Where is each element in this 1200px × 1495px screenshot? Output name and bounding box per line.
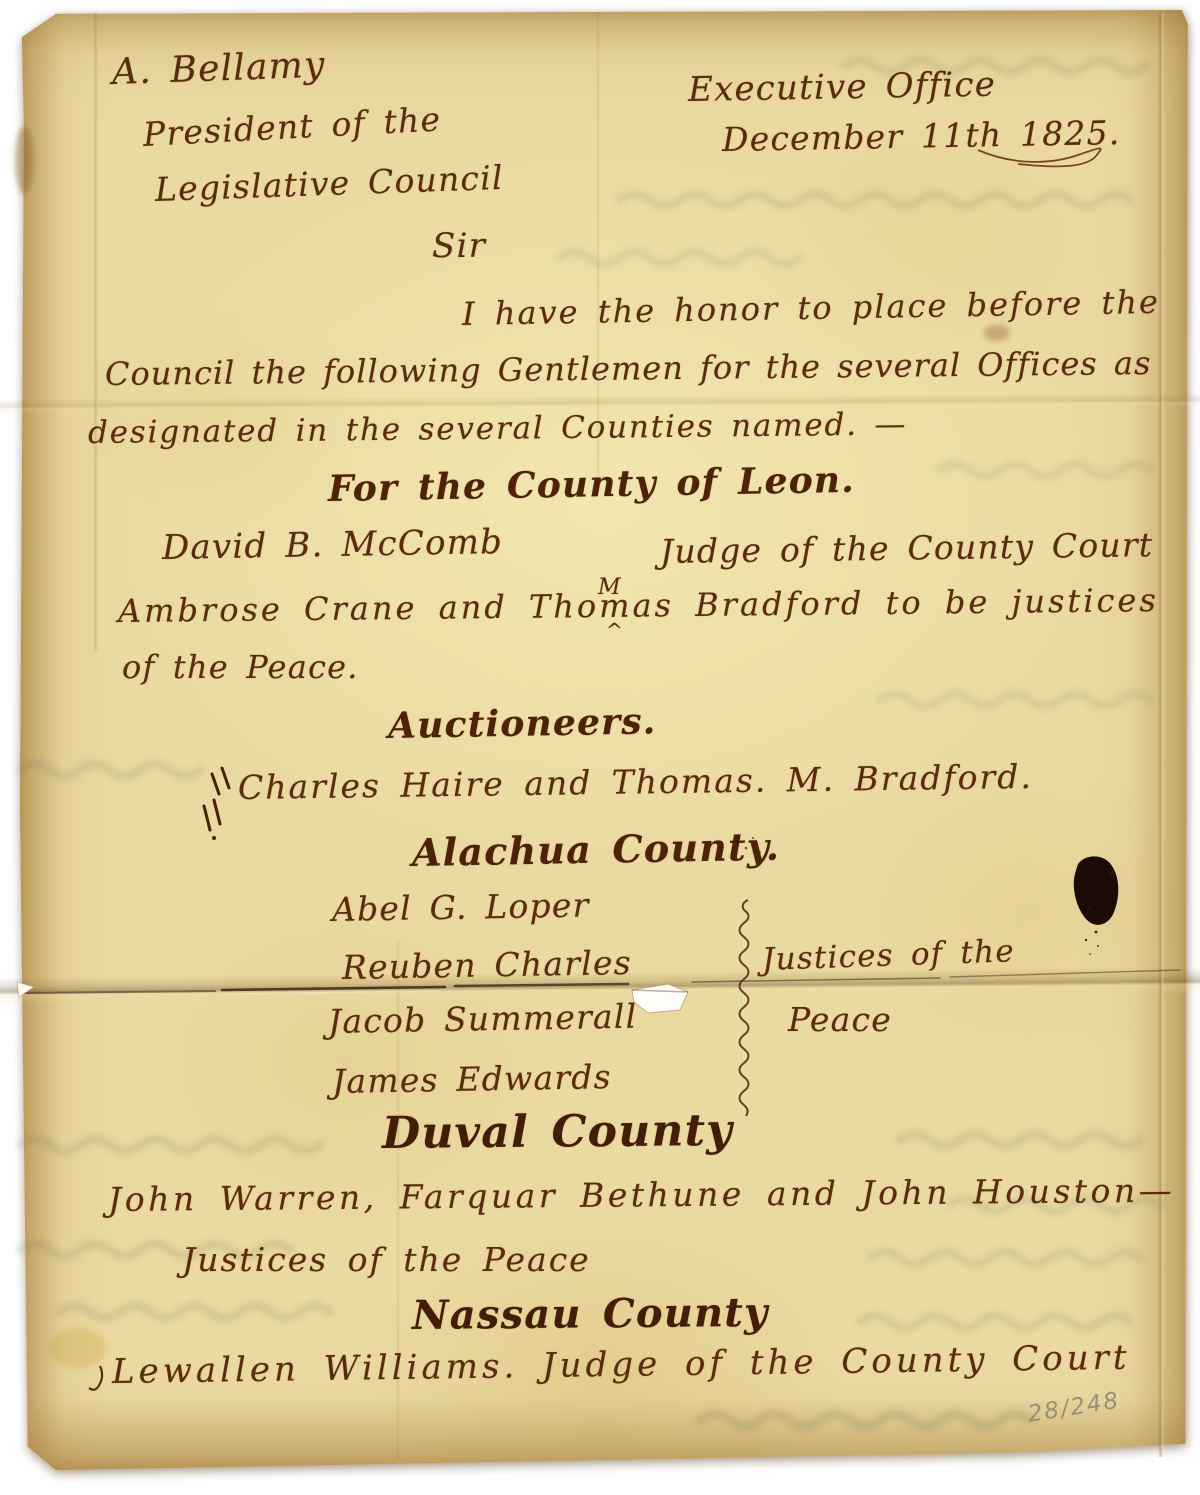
body-line1: I have the honor to place before the: [462, 283, 1161, 333]
alachua-office-line1: Justices of the: [761, 933, 1015, 978]
sender-title-line1: President of the: [142, 99, 442, 154]
alachua-name-2: Reuben Charles: [342, 943, 632, 987]
nassau-line: Lewallen Williams. Judge of the County C…: [112, 1338, 1131, 1392]
date-line: December 11th 1825.: [722, 113, 1121, 159]
alachua-heading: Alachua County.: [412, 824, 781, 875]
salutation: Sir: [432, 226, 486, 266]
leon-justices-line1: Ambrose Crane and Thomas Bradford to be …: [118, 581, 1159, 630]
duval-names-line: John Warren, Farquar Bethune and John Ho…: [108, 1171, 1176, 1219]
office-line: Executive Office: [688, 65, 997, 110]
body-line2: Council the following Gentlemen for the …: [105, 344, 1152, 393]
leon-judge-name: David B. McComb: [162, 522, 504, 568]
alachua-name-1: Abel G. Loper: [332, 886, 590, 929]
nassau-heading: Nassau County: [412, 1289, 769, 1339]
leon-heading: For the County of Leon.: [328, 459, 856, 510]
document-scan: A. Bellamy President of the Legislative …: [0, 0, 1200, 1495]
leon-judge-office: Judge of the County Court: [660, 525, 1154, 571]
duval-heading: Duval County: [382, 1105, 733, 1159]
auctioneers-names: Charles Haire and Thomas. M. Bradford.: [238, 757, 1033, 807]
alachua-name-3: Jacob Summerall: [328, 997, 638, 1041]
body-line3: designated in the several Counties named…: [88, 406, 908, 451]
handwriting-layer: A. Bellamy President of the Legislative …: [0, 0, 1200, 1495]
leon-justices-line2: of the Peace.: [122, 648, 359, 686]
alachua-office-line2: Peace: [788, 1000, 892, 1039]
sender-title-line2: Legislative Council: [154, 158, 504, 209]
alachua-name-4: James Edwards: [332, 1057, 612, 1101]
duval-office-line: Justices of the Peace: [182, 1240, 591, 1279]
pencil-archival-number: 28/248: [1026, 1388, 1122, 1428]
auctioneers-heading: Auctioneers.: [388, 700, 657, 747]
sender-name: A. Bellamy: [111, 45, 326, 93]
